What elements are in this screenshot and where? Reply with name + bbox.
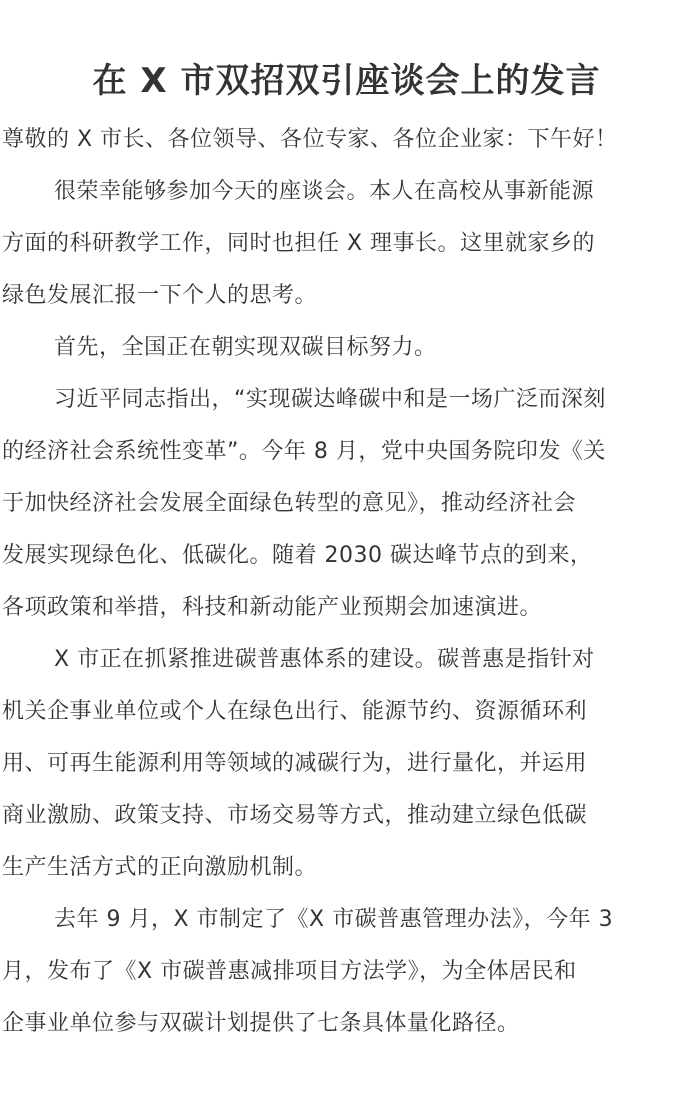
text-line: 方面的科研教学工作，同时也担任 X 理事长。这里就家乡的 [2, 218, 693, 270]
text-line: 习近平同志指出，“实现碳达峰碳中和是一场广泛而深刻 [2, 374, 693, 426]
text-line: 商业激励、政策支持、市场交易等方式，推动建立绿色低碳 [2, 790, 693, 842]
title-suffix: 市双招双引座谈会上的发言 [168, 61, 601, 101]
text-line: 发展实现绿色化、低碳化。随着 2030 碳达峰节点的到来， [2, 530, 693, 582]
text-line: 用、可再生能源利用等领域的减碳行为，进行量化，并运用 [2, 738, 693, 790]
text-line: 月，发布了《X 市碳普惠减排项目方法学》，为全体居民和 [2, 946, 693, 998]
text-line: 于加快经济社会发展全面绿色转型的意见》，推动经济社会 [2, 478, 693, 530]
text-line: 尊敬的 X 市长、各位领导、各位专家、各位企业家：下午好！ [2, 114, 693, 166]
text-line: 企事业单位参与双碳计划提供了七条具体量化路径。 [2, 998, 693, 1050]
text-line: 去年 9 月，X 市制定了《X 市碳普惠管理办法》，今年 3 [2, 894, 693, 946]
title-prefix: 在 [93, 61, 141, 101]
page-title: 在 X 市双招双引座谈会上的发言 [0, 57, 693, 105]
title-city-x: X [140, 61, 167, 101]
text-line: 首先，全国正在朝实现双碳目标努力。 [2, 322, 693, 374]
text-line: 绿色发展汇报一下个人的思考。 [2, 270, 693, 322]
text-line: 很荣幸能够参加今天的座谈会。本人在高校从事新能源 [2, 166, 693, 218]
text-line: 生产生活方式的正向激励机制。 [2, 842, 693, 894]
text-line: X 市正在抓紧推进碳普惠体系的建设。碳普惠是指针对 [2, 634, 693, 686]
text-line: 机关企事业单位或个人在绿色出行、能源节约、资源循环利 [2, 686, 693, 738]
text-line: 的经济社会系统性变革”。今年 8 月，党中央国务院印发《关 [2, 426, 693, 478]
text-line: 各项政策和举措，科技和新动能产业预期会加速演进。 [2, 582, 693, 634]
speech-body: 尊敬的 X 市长、各位领导、各位专家、各位企业家：下午好！很荣幸能够参加今天的座… [2, 114, 693, 1050]
